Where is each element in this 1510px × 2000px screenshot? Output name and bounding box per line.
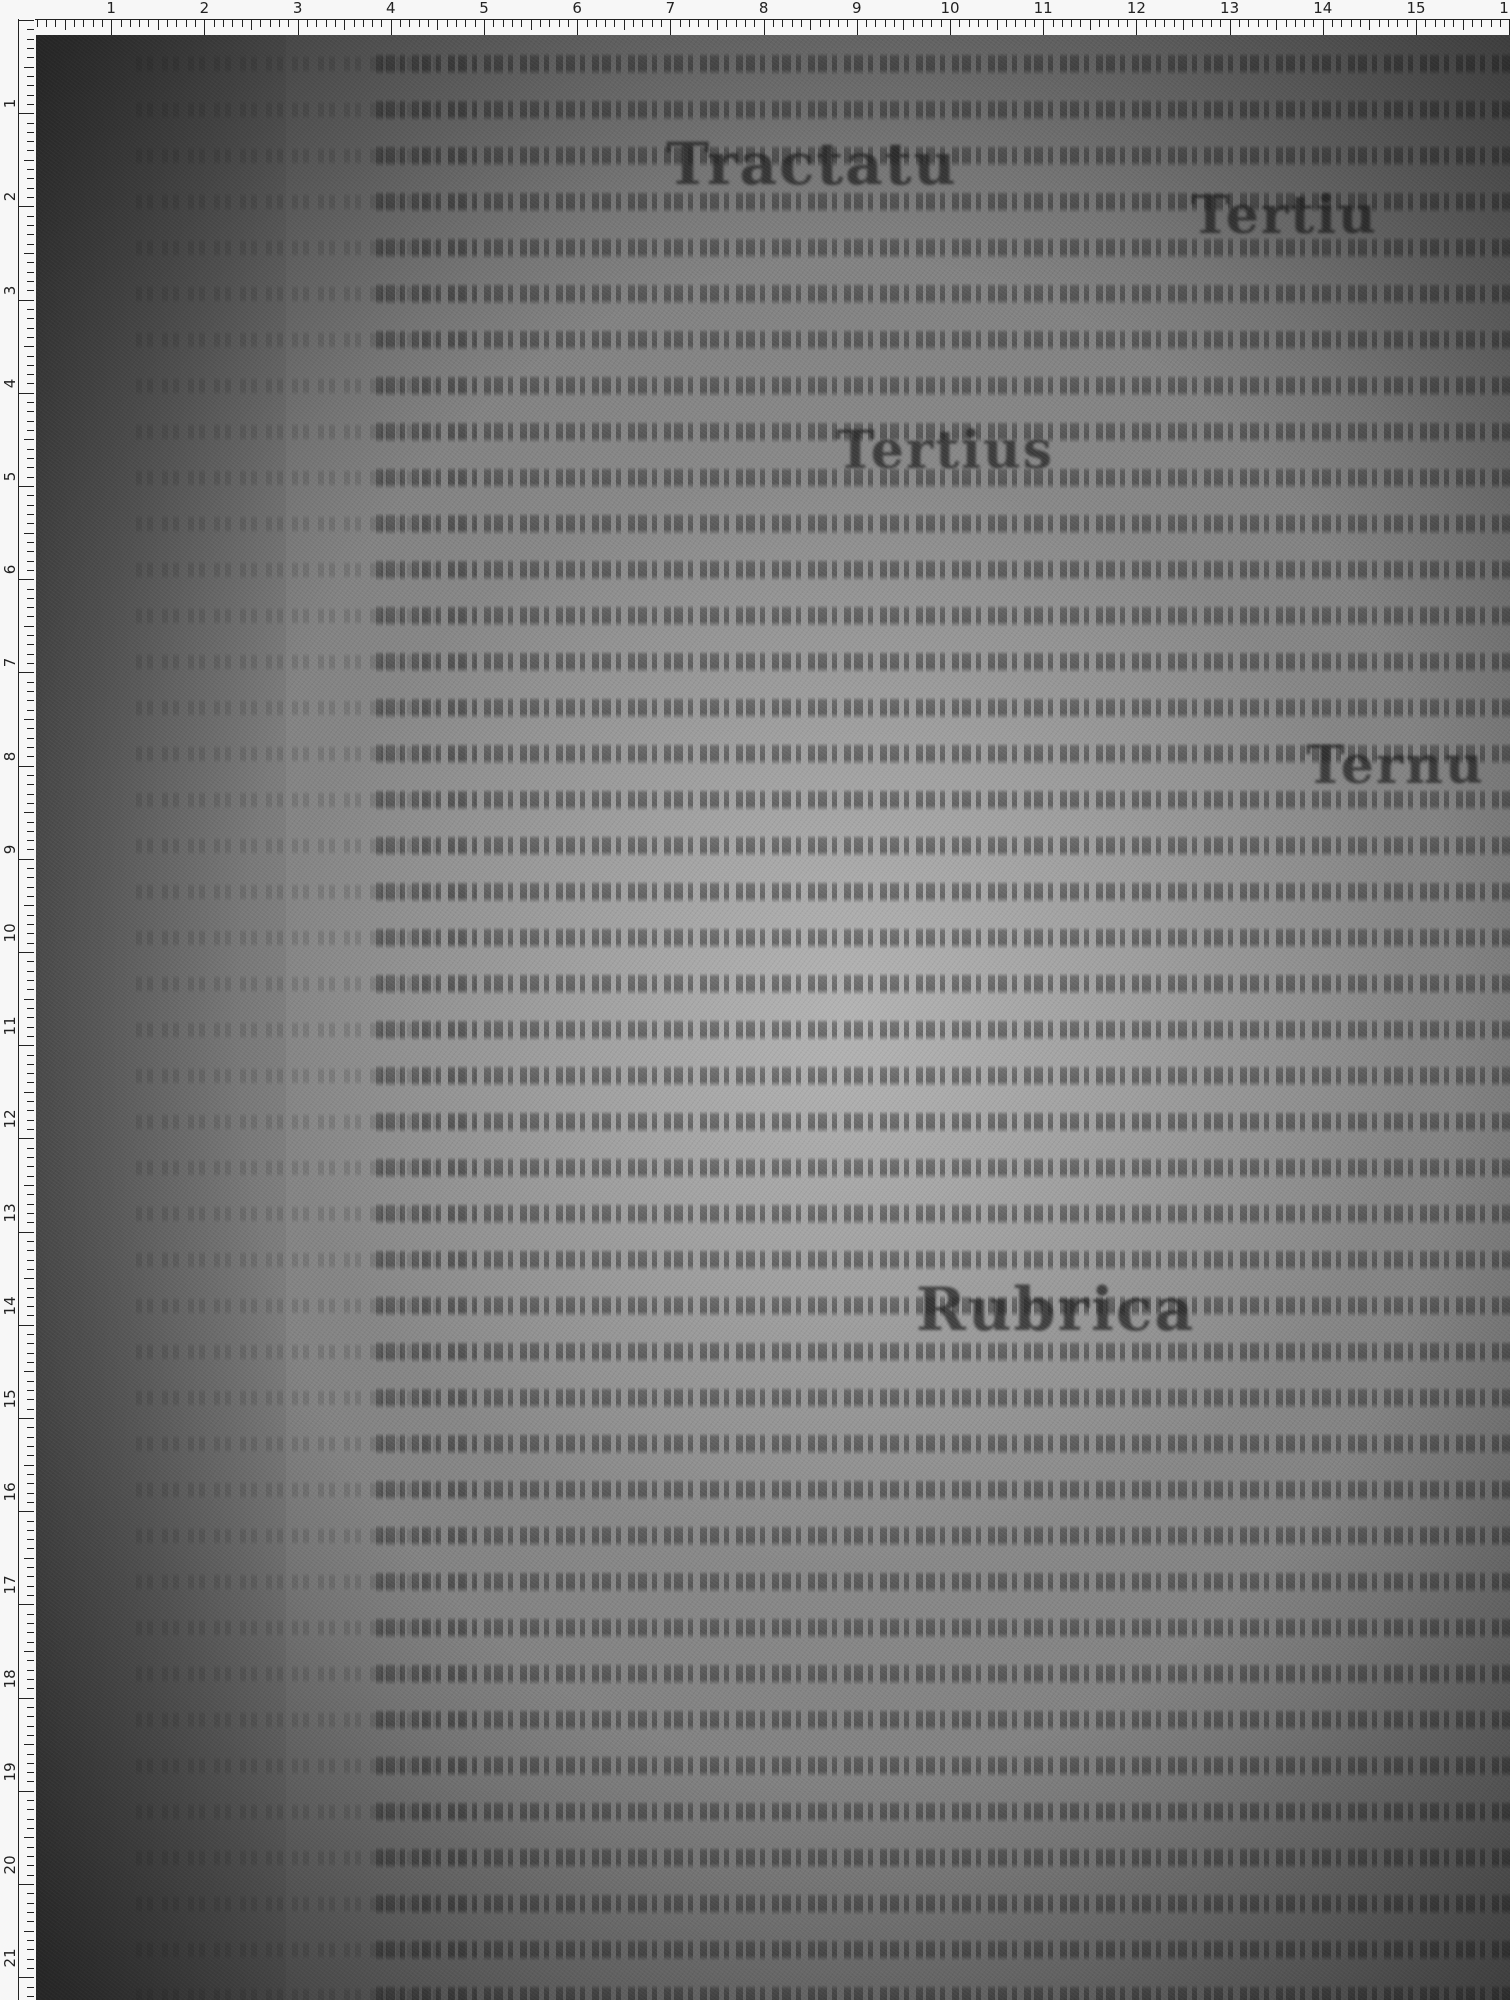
ruler-tick: [363, 20, 364, 27]
ruler-tick: [1304, 20, 1305, 27]
ruler-tick: [27, 95, 34, 96]
ruler-tick: [27, 1735, 34, 1736]
ruler-left-label: 8: [2, 751, 18, 761]
ruler-tick: [111, 20, 112, 35]
ruler-tick: [27, 1660, 34, 1661]
ruler-tick: [27, 644, 34, 645]
ruler-tick: [27, 561, 34, 562]
ruler-tick: [27, 1213, 34, 1214]
ruler-tick: [903, 20, 904, 30]
ruler-tick: [27, 365, 34, 366]
ruler-tick: [1127, 20, 1128, 27]
ruler-tick: [242, 20, 243, 27]
ruler-tick: [27, 1101, 34, 1102]
ruler-tick: [27, 1623, 34, 1624]
ruler-tick: [1192, 20, 1193, 27]
ruler-top: 01234567891011121314151: [0, 0, 1510, 35]
ruler-left-label: 9: [2, 844, 18, 854]
ruler-tick: [1286, 20, 1287, 27]
ruler-tick: [24, 67, 34, 68]
ruler-tick: [1435, 20, 1436, 27]
ruler-tick: [568, 20, 569, 27]
ruler-tick: [1099, 20, 1100, 27]
ruler-tick: [27, 449, 34, 450]
ruler-tick: [27, 1865, 34, 1866]
ruler-tick: [400, 20, 401, 27]
ruler-tick: [1463, 20, 1464, 30]
ruler-tick: [24, 160, 34, 161]
ruler-left: 123456789101112131415161718192021: [0, 0, 35, 2000]
ruler-tick: [27, 1204, 34, 1205]
ruler-tick: [1491, 20, 1492, 27]
ruler-tick: [55, 20, 56, 27]
ruler-tick: [27, 989, 34, 990]
ruler-tick: [27, 1586, 34, 1587]
ruler-tick: [27, 1222, 34, 1223]
ruler-top-label: 7: [666, 0, 676, 16]
ruler-top-label: 11: [1034, 0, 1053, 16]
ruler-tick: [24, 1371, 34, 1372]
ruler-tick: [1332, 20, 1333, 27]
ruler-tick: [24, 812, 34, 813]
ruler-tick: [148, 20, 149, 27]
ruler-left-label: 5: [2, 472, 18, 482]
ruler-tick: [1323, 20, 1324, 35]
ruler-tick: [27, 514, 34, 515]
ruler-tick: [1043, 20, 1044, 35]
ruler-tick: [1267, 20, 1268, 27]
ruler-tick: [27, 1120, 34, 1121]
ruler-tick: [1379, 20, 1380, 27]
ruler-tick: [27, 281, 34, 282]
ruler-tick: [102, 20, 103, 27]
ruler-tick: [27, 1912, 34, 1913]
ruler-tick: [624, 20, 625, 30]
ruler-tick: [792, 20, 793, 27]
ruler-top-label: 9: [852, 0, 862, 16]
ruler-tick: [1295, 20, 1296, 27]
ruler-tick: [298, 20, 299, 35]
ruler-tick: [913, 20, 914, 27]
ruler-tick: [167, 20, 168, 27]
ruler-tick: [27, 1437, 34, 1438]
ruler-tick: [437, 20, 438, 30]
ruler-tick: [1108, 20, 1109, 27]
ruler-tick: [866, 20, 867, 27]
ruler-tick: [1481, 20, 1482, 27]
ruler-tick: [27, 831, 34, 832]
ruler-tick: [19, 766, 34, 767]
ruler-tick: [521, 20, 522, 27]
ruler-tick: [1416, 20, 1417, 35]
ruler-top-label: 13: [1220, 0, 1239, 16]
ruler-tick: [27, 1148, 34, 1149]
ruler-tick: [605, 20, 606, 27]
ruler-tick: [19, 1791, 34, 1792]
ruler-tick: [19, 952, 34, 953]
ruler-tick: [19, 1884, 34, 1885]
ruler-tick: [27, 1856, 34, 1857]
ruler-tick: [810, 20, 811, 30]
ruler-tick: [19, 1138, 34, 1139]
ruler-tick: [1062, 20, 1063, 27]
ruler-tick: [493, 20, 494, 27]
ruler-tick: [24, 1558, 34, 1559]
ruler-tick: [773, 20, 774, 27]
ruler-tick: [1053, 20, 1054, 27]
ruler-tick: [27, 589, 34, 590]
ruler-tick: [27, 784, 34, 785]
ruler-tick: [27, 1455, 34, 1456]
ruler-tick: [931, 20, 932, 27]
ruler-tick: [27, 1959, 34, 1960]
ruler-tick: [27, 290, 34, 291]
ruler-tick: [344, 20, 345, 30]
ruler-tick: [24, 1092, 34, 1093]
ruler-left-label: 15: [2, 1389, 18, 1408]
ruler-tick: [1220, 20, 1221, 27]
ruler-tick: [24, 999, 34, 1000]
ruler-tick: [27, 1297, 34, 1298]
ruler-tick: [27, 924, 34, 925]
ruler-tick: [19, 486, 34, 487]
ruler-tick: [27, 635, 34, 636]
ruler-tick: [27, 1903, 34, 1904]
ruler-tick: [27, 430, 34, 431]
ruler-tick: [214, 20, 215, 27]
ruler-tick: [27, 197, 34, 198]
ruler-tick: [708, 20, 709, 27]
ruler-tick: [27, 1688, 34, 1689]
ruler-tick: [409, 20, 410, 27]
ruler-tick: [959, 20, 960, 27]
ruler-top-label: 1: [106, 0, 116, 16]
ruler-tick: [27, 1027, 34, 1028]
ruler-tick: [1444, 20, 1445, 27]
ruler-left-label: 19: [2, 1762, 18, 1781]
ruler-tick: [875, 20, 876, 27]
ruler-tick: [74, 20, 75, 27]
ruler-tick: [24, 1185, 34, 1186]
ruler-tick: [27, 57, 34, 58]
ruler-tick: [27, 616, 34, 617]
ruler-tick: [27, 971, 34, 972]
ruler-tick: [736, 20, 737, 27]
ruler-tick: [27, 1567, 34, 1568]
ruler-tick: [204, 20, 205, 35]
ruler-tick: [27, 150, 34, 151]
ruler-tick: [1202, 20, 1203, 27]
ruler-tick: [288, 20, 289, 27]
ruler-tick: [27, 756, 34, 757]
ruler-tick: [1472, 20, 1473, 27]
ruler-tick: [978, 20, 979, 27]
ruler-tick: [19, 1604, 34, 1605]
ruler-tick: [27, 663, 34, 664]
ruler-tick: [24, 1651, 34, 1652]
ruler-tick: [27, 1847, 34, 1848]
ruler-tick: [1034, 20, 1035, 27]
ruler-tick: [27, 1539, 34, 1540]
ruler-top-label: 6: [572, 0, 582, 16]
ruler-top-label: 12: [1127, 0, 1146, 16]
ruler-tick: [1276, 20, 1277, 30]
ruler-tick: [27, 1483, 34, 1484]
ruler-left-label: 4: [2, 378, 18, 388]
ruler-tick: [24, 346, 34, 347]
ruler-tick: [270, 20, 271, 27]
ruler-tick: [19, 1977, 34, 1978]
ruler-tick: [27, 421, 34, 422]
ruler-tick: [27, 1781, 34, 1782]
ruler-tick: [531, 20, 532, 30]
ruler-tick: [1164, 20, 1165, 27]
ruler-tick: [27, 1427, 34, 1428]
ruler-left-label: 16: [2, 1483, 18, 1502]
ruler-tick: [354, 20, 355, 27]
ruler-tick: [726, 20, 727, 27]
ruler-top-label: 10: [940, 0, 959, 16]
ruler-tick: [1118, 20, 1119, 27]
ruler-tick: [1360, 20, 1361, 27]
ruler-tick: [19, 859, 34, 860]
ruler-tick: [847, 20, 848, 27]
ruler-tick: [27, 374, 34, 375]
ruler-tick: [27, 1306, 34, 1307]
ruler-tick: [279, 20, 280, 27]
ruler-tick: [857, 20, 858, 35]
ruler-tick: [27, 961, 34, 962]
ruler-tick: [941, 20, 942, 27]
ruler-tick: [19, 300, 34, 301]
ruler-tick: [27, 383, 34, 384]
ruler-tick: [83, 20, 84, 27]
ruler-tick: [27, 411, 34, 412]
ruler-tick: [27, 272, 34, 273]
ruler-tick: [27, 738, 34, 739]
ruler-tick: [27, 262, 34, 263]
ruler-tick: [27, 1530, 34, 1531]
ruler-tick: [186, 20, 187, 27]
ruler-tick: [27, 1800, 34, 1801]
ruler-tick: [27, 896, 34, 897]
ruler-tick: [698, 20, 699, 27]
ruler-tick: [1397, 20, 1398, 27]
ruler-tick: [335, 20, 336, 27]
ruler-tick: [27, 1548, 34, 1549]
ruler-tick: [1174, 20, 1175, 27]
ruler-tick: [24, 626, 34, 627]
ruler-tick: [27, 458, 34, 459]
ruler-tick: [27, 467, 34, 468]
ruler-tick: [503, 20, 504, 27]
ruler-tick: [27, 654, 34, 655]
ruler-tick: [232, 20, 233, 27]
ruler-tick: [559, 20, 560, 27]
ruler-tick: [633, 20, 634, 27]
ruler-tick: [27, 1269, 34, 1270]
ruler-tick: [27, 1399, 34, 1400]
ruler-tick: [27, 225, 34, 226]
ruler-tick: [27, 728, 34, 729]
ruler-tick: [754, 20, 755, 27]
ruler-tick: [27, 356, 34, 357]
ruler-tick: [19, 1325, 34, 1326]
ruler-tick: [1155, 20, 1156, 27]
ruler-tick: [27, 1576, 34, 1577]
ruler-tick: [27, 1632, 34, 1633]
ruler-tick: [717, 20, 718, 30]
ruler-tick: [260, 20, 261, 27]
ruler-tick: [158, 20, 159, 30]
ruler-tick: [27, 48, 34, 49]
ruler-tick: [1388, 20, 1389, 27]
ruler-top-label: 14: [1313, 0, 1332, 16]
ruler-tick: [93, 20, 94, 27]
ruler-tick: [24, 439, 34, 440]
ruler-tick: [27, 141, 34, 142]
ruler-tick: [130, 20, 131, 27]
ruler-tick: [27, 1893, 34, 1894]
ruler-tick: [540, 20, 541, 27]
ruler-tick: [801, 20, 802, 27]
ruler-tick: [764, 20, 765, 35]
ruler-tick: [27, 1474, 34, 1475]
ruler-tick: [447, 20, 448, 27]
ruler-tick: [27, 477, 34, 478]
ruler-left-label: 11: [2, 1017, 18, 1036]
ruler-tick: [27, 877, 34, 878]
ruler-tick: [1407, 20, 1408, 27]
ruler-tick: [1239, 20, 1240, 27]
ruler-tick: [27, 1362, 34, 1363]
ruler-tick: [27, 1949, 34, 1950]
ruler-left-label: 14: [2, 1296, 18, 1315]
ruler-tick: [316, 20, 317, 27]
ruler-tick: [27, 1073, 34, 1074]
ruler-tick: [475, 20, 476, 27]
ruler-tick: [1015, 20, 1016, 27]
ruler-tick: [27, 803, 34, 804]
ruler-tick: [1258, 20, 1259, 27]
ruler-tick: [223, 20, 224, 27]
scan-vignette: [36, 35, 1510, 2000]
ruler-tick: [27, 1726, 34, 1727]
ruler-tick: [27, 29, 34, 30]
ruler-tick: [27, 1446, 34, 1447]
ruler-tick: [27, 1036, 34, 1037]
ruler-tick: [1071, 20, 1072, 27]
ruler-tick: [19, 579, 34, 580]
ruler-top-label: 2: [200, 0, 210, 16]
ruler-tick: [27, 1409, 34, 1410]
ruler-tick: [27, 1809, 34, 1810]
ruler-tick: [745, 20, 746, 27]
ruler-left-baseline: [18, 19, 19, 2000]
ruler-tick: [27, 1772, 34, 1773]
ruler-tick: [27, 710, 34, 711]
ruler-tick: [27, 1260, 34, 1261]
ruler-tick: [27, 1670, 34, 1671]
ruler-tick: [27, 1614, 34, 1615]
ruler-tick: [27, 132, 34, 133]
ruler-tick: [381, 20, 382, 27]
ruler-tick: [27, 682, 34, 683]
ruler-tick: [1369, 20, 1370, 30]
ruler-tick: [195, 20, 196, 27]
ruler-tick: [27, 76, 34, 77]
ruler-tick: [27, 328, 34, 329]
ruler-tick: [372, 20, 373, 27]
ruler-left-label: 2: [2, 192, 18, 202]
ruler-tick: [577, 20, 578, 35]
ruler-tick: [27, 691, 34, 692]
ruler-tick: [24, 1278, 34, 1279]
ruler-tick: [27, 980, 34, 981]
ruler-left-label: 3: [2, 285, 18, 295]
ruler-tick: [27, 1008, 34, 1009]
ruler-tick: [465, 20, 466, 27]
ruler-tick: [27, 1390, 34, 1391]
ruler-tick: [27, 1315, 34, 1316]
ruler-tick: [419, 20, 420, 27]
ruler-tick: [428, 20, 429, 27]
ruler-tick: [1025, 20, 1026, 27]
ruler-tick: [176, 20, 177, 27]
ruler-tick: [652, 20, 653, 27]
ruler-tick: [27, 1707, 34, 1708]
ruler-tick: [1351, 20, 1352, 27]
ruler-tick: [27, 523, 34, 524]
ruler-tick: [838, 20, 839, 27]
ruler-tick: [27, 1875, 34, 1876]
ruler-tick: [27, 1082, 34, 1083]
ruler-tick: [27, 1194, 34, 1195]
ruler-tick: [829, 20, 830, 27]
ruler-left-label: 12: [2, 1110, 18, 1129]
ruler-tick: [1136, 20, 1137, 35]
ruler-tick: [27, 700, 34, 701]
ruler-tick: [27, 244, 34, 245]
ruler-tick: [27, 598, 34, 599]
manuscript-scan: Tractatu Tertiu Tertius Ternu Rubrica: [36, 35, 1510, 2000]
ruler-tick: [680, 20, 681, 27]
ruler-tick: [326, 20, 327, 27]
ruler-tick: [1341, 20, 1342, 27]
ruler-tick: [27, 1595, 34, 1596]
ruler-tick: [27, 1996, 34, 1997]
ruler-tick: [27, 887, 34, 888]
ruler-tick: [1500, 20, 1501, 27]
ruler-tick: [24, 533, 34, 534]
ruler-tick: [27, 505, 34, 506]
ruler-tick: [27, 915, 34, 916]
ruler-tick: [27, 840, 34, 841]
ruler-tick: [27, 402, 34, 403]
ruler-top-label: 1: [1499, 0, 1509, 16]
ruler-tick: [27, 570, 34, 571]
ruler-tick: [27, 1828, 34, 1829]
ruler-tick: [19, 1698, 34, 1699]
ruler-tick: [19, 206, 34, 207]
ruler-tick: [27, 1940, 34, 1941]
ruler-tick: [27, 1064, 34, 1065]
ruler-tick: [894, 20, 895, 27]
ruler-tick: [27, 1176, 34, 1177]
ruler-left-label: 20: [2, 1855, 18, 1874]
ruler-tick: [27, 1017, 34, 1018]
ruler-tick: [19, 1232, 34, 1233]
